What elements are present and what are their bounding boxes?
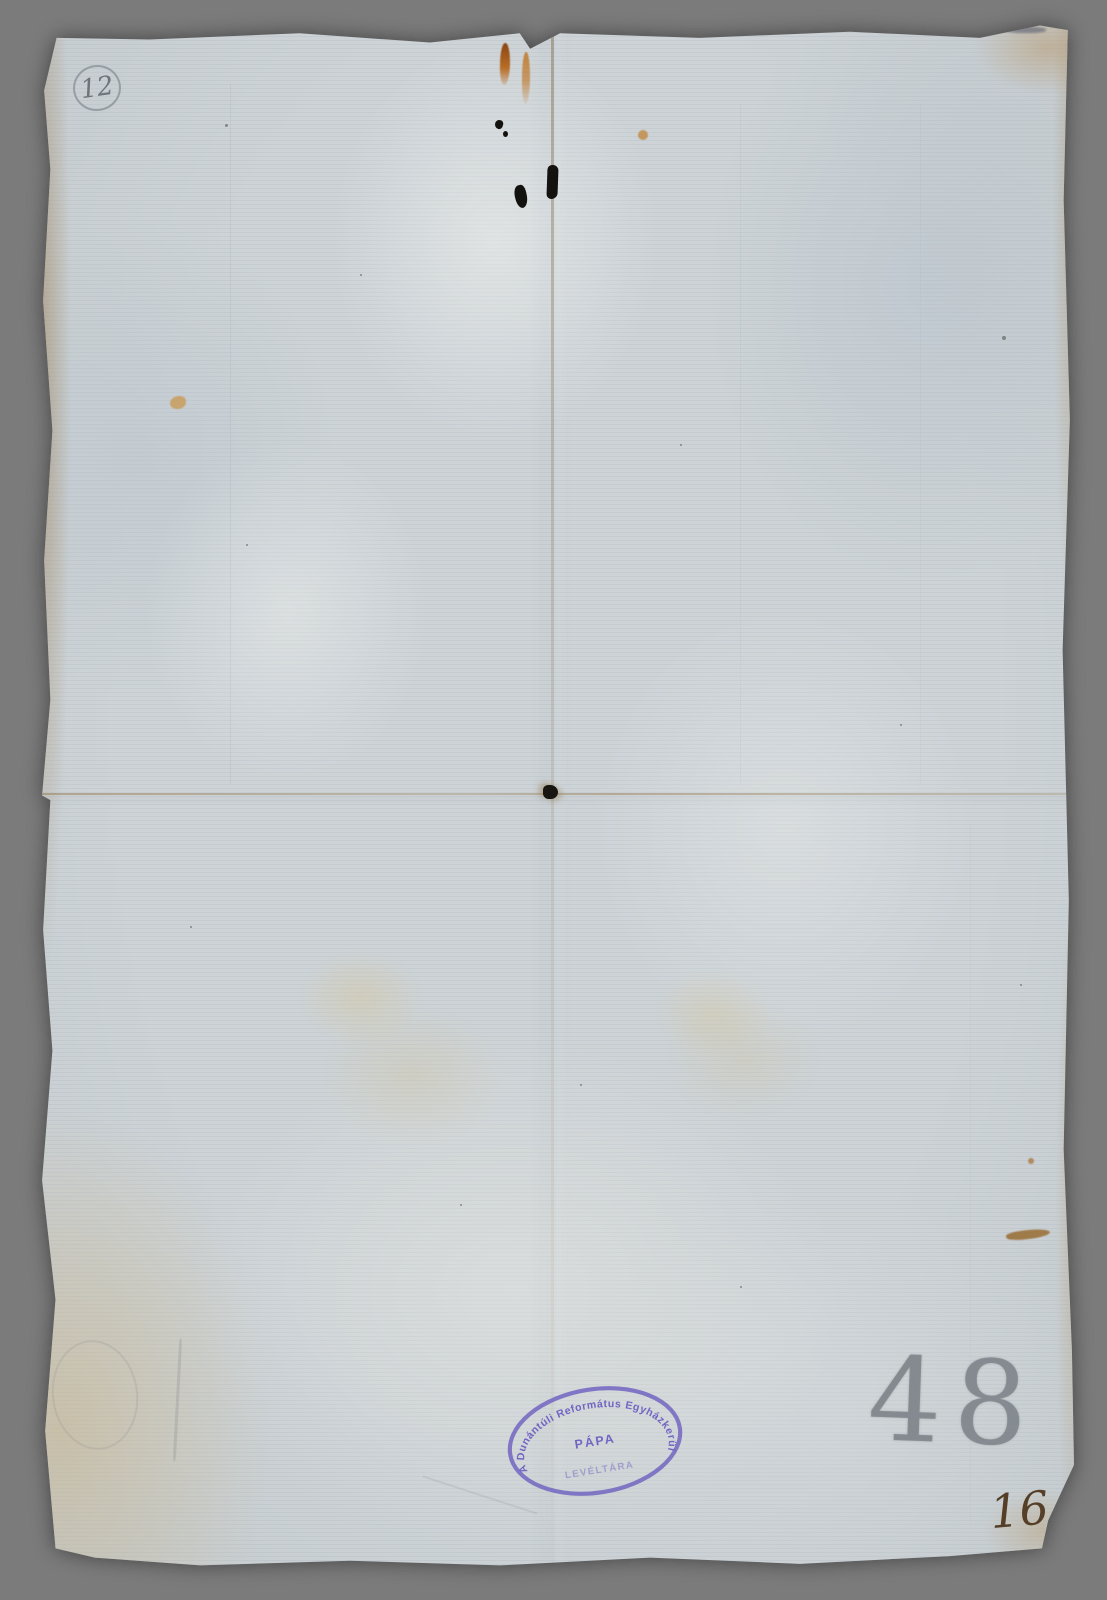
speck (246, 544, 248, 546)
center-fold-hole (543, 785, 558, 799)
speck (225, 124, 228, 127)
speck (1020, 984, 1022, 986)
pencil-number-48: 48 (866, 1342, 1090, 1466)
speck (740, 1286, 742, 1288)
ink-blot (494, 119, 504, 130)
ink-blot (503, 131, 508, 137)
scanned-document: 12 (40, 24, 1074, 1570)
bleedthrough-column-line (230, 84, 231, 784)
ghost-pencil-mark (45, 1335, 145, 1456)
ink-blot (512, 184, 529, 209)
bleedthrough-column-line (740, 104, 741, 784)
speck (360, 274, 362, 276)
ink-blot (546, 165, 558, 199)
speck (680, 444, 682, 446)
edge-ink-smudge (1006, 27, 1046, 33)
rust-drip-stain (522, 52, 531, 104)
rust-spot (638, 130, 648, 140)
stamp-center-text: PÁPA (574, 1430, 617, 1451)
speck (190, 926, 192, 928)
speck (900, 724, 902, 726)
paper-sheet: 12 (40, 24, 1074, 1570)
rust-drip-stain (499, 43, 510, 85)
ghost-pencil-mark (173, 1338, 182, 1462)
rust-smear (1006, 1227, 1051, 1241)
archive-stamp: A Dunántúli Református Egyházkerület PÁP… (500, 1381, 690, 1501)
bleedthrough-column-line (920, 104, 921, 784)
circled-pencil-number: 12 (70, 62, 124, 114)
stamp-bottom-text: LEVÉLTÁRA (564, 1460, 635, 1482)
rust-spot (1028, 1158, 1034, 1164)
ink-folio-number: 16. (988, 1483, 1065, 1535)
circled-pencil-number-value: 12 (79, 71, 116, 105)
speck (460, 1204, 462, 1206)
rust-spot (170, 396, 186, 409)
speck (1002, 336, 1006, 340)
speck (580, 1084, 582, 1086)
